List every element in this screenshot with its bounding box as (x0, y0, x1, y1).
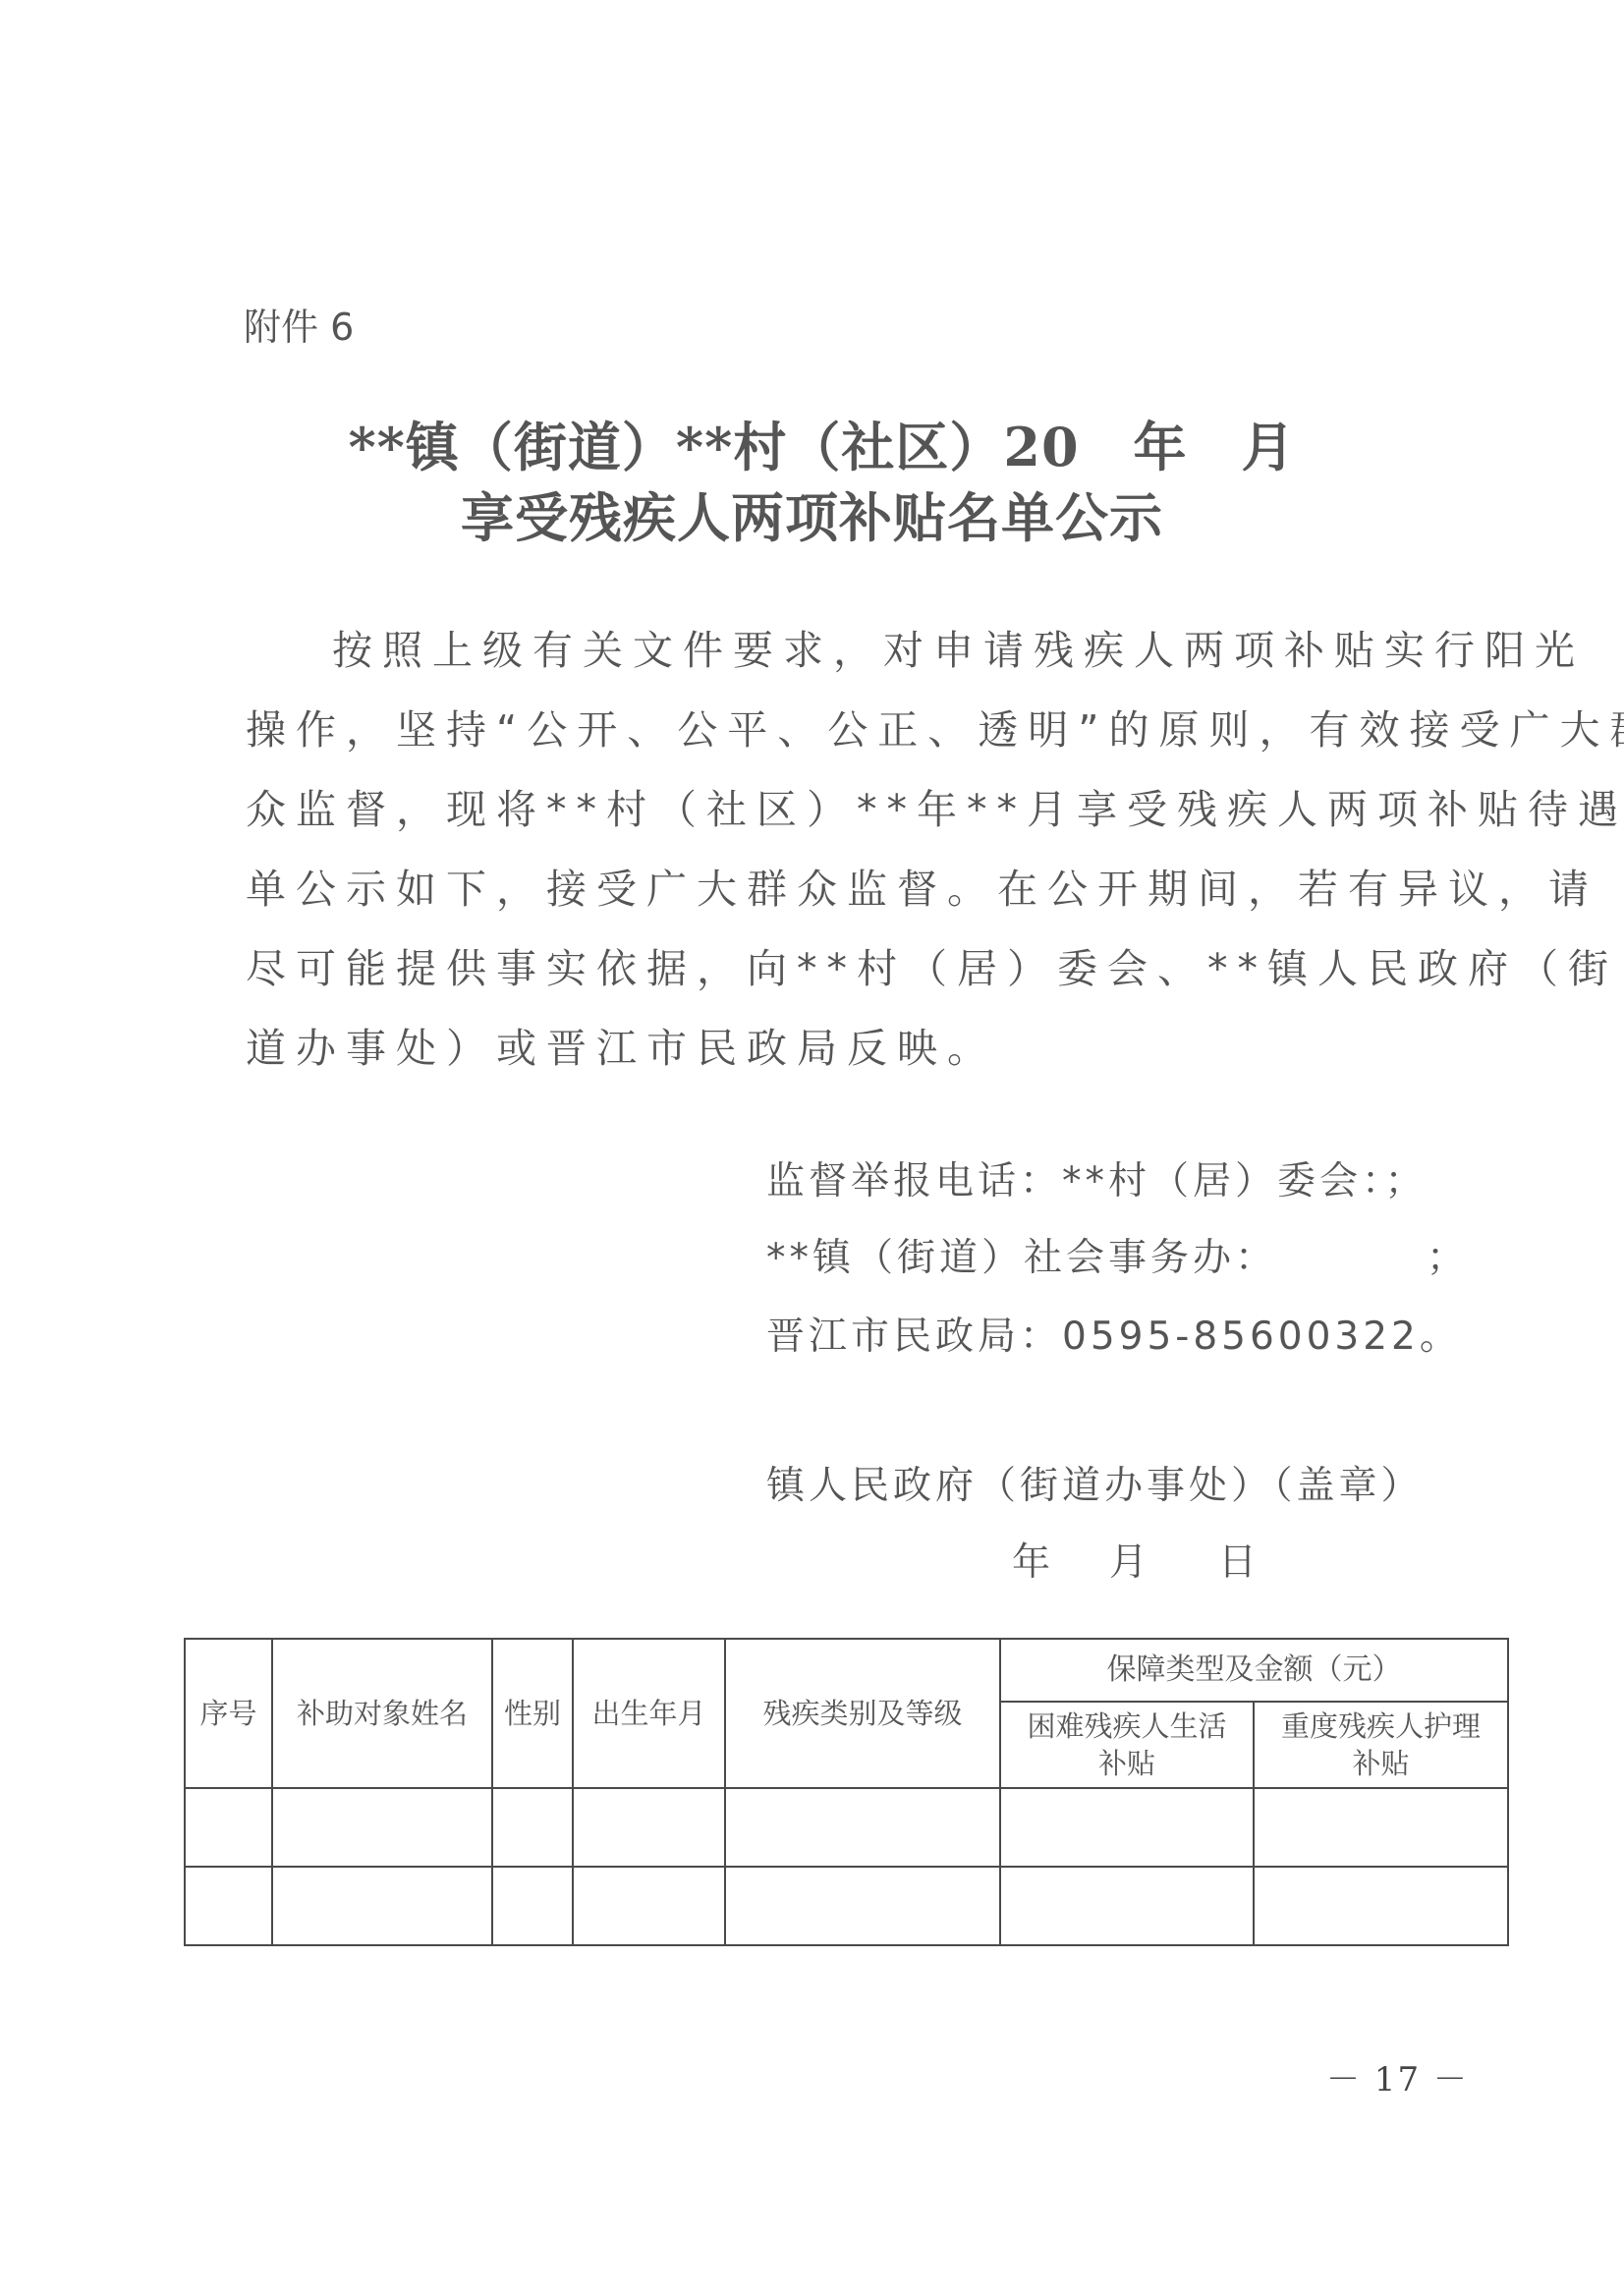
contact-town-office-end: ； (1427, 1234, 1465, 1283)
signature-date: 年月日 (1012, 1539, 1257, 1588)
table-cell (725, 1788, 1000, 1867)
table-cell (185, 1788, 272, 1867)
table-cell (573, 1788, 725, 1867)
living-subsidy-line1: 困难残疾人生活 (1027, 1709, 1226, 1743)
table-cell (1254, 1867, 1508, 1945)
announcement-body: 按照上级有关文件要求，对申请残疾人两项补贴实行阳光 操作，坚持“公开、公平、公正… (246, 611, 1444, 1089)
contact-civil-affairs: 晋江市民政局：0595-85600322。 (766, 1313, 1462, 1362)
attachment-label: 附件 6 (244, 303, 354, 352)
table-cell (725, 1867, 1000, 1945)
table-cell (492, 1788, 573, 1867)
body-line: 单公示如下，接受广大群众监督。在公开期间，若有异议，请 (246, 850, 1444, 929)
living-subsidy-line2: 补贴 (1098, 1747, 1155, 1780)
contact-village-committee: 监督举报电话：**村（居）委会：； (766, 1157, 1428, 1206)
col-header-group: 保障类型及金额（元） (1000, 1639, 1508, 1702)
table-cell (573, 1867, 725, 1945)
body-line: 按照上级有关文件要求，对申请残疾人两项补贴实行阳光 (246, 611, 1444, 691)
table-cell (1000, 1788, 1254, 1867)
care-subsidy-line2: 补贴 (1352, 1747, 1409, 1780)
col-header-gender: 性别 (492, 1639, 573, 1788)
body-line: 尽可能提供事实依据，向**村（居）委会、**镇人民政府（街 (246, 929, 1444, 1009)
table-row (185, 1788, 1508, 1867)
col-header-disability: 残疾类别及等级 (725, 1639, 1000, 1788)
table-cell (272, 1867, 492, 1945)
date-year: 年 (1012, 1539, 1050, 1588)
col-header-name: 补助对象姓名 (272, 1639, 492, 1788)
signature-org: 镇人民政府（街道办事处）（盖章） (766, 1462, 1424, 1511)
col-header-birth: 出生年月 (573, 1639, 725, 1788)
care-subsidy-line1: 重度残疾人护理 (1281, 1709, 1481, 1743)
date-month: 月 (1109, 1539, 1148, 1588)
col-header-care-subsidy: 重度残疾人护理 补贴 (1254, 1702, 1508, 1788)
subsidy-table: 序号 补助对象姓名 性别 出生年月 残疾类别及等级 保障类型及金额（元） 困难残… (184, 1638, 1509, 1946)
table-row (185, 1867, 1508, 1945)
table-cell (1254, 1788, 1508, 1867)
body-line: 操作，坚持“公开、公平、公正、透明”的原则，有效接受广大群 (246, 691, 1444, 770)
date-day: 日 (1218, 1539, 1257, 1588)
table-cell (185, 1867, 272, 1945)
table-cell (492, 1867, 573, 1945)
contact-town-office: **镇（街道）社会事务办： (766, 1234, 1277, 1283)
table-cell (1000, 1867, 1254, 1945)
body-line: 众监督，现将**村（社区）**年**月享受残疾人两项补贴待遇名 (246, 770, 1444, 850)
body-line: 道办事处）或晋江市民政局反映。 (246, 1009, 1444, 1089)
page-title-line-2: 享受残疾人两项补贴名单公示 (0, 485, 1624, 550)
col-header-index: 序号 (185, 1639, 272, 1788)
page-number: － 17 － (1326, 2058, 1469, 2101)
col-header-living-subsidy: 困难残疾人生活 补贴 (1000, 1702, 1254, 1788)
page-title-line-1: **镇（街道）**村（社区）20 年 月 (0, 415, 1624, 479)
table-cell (272, 1788, 492, 1867)
